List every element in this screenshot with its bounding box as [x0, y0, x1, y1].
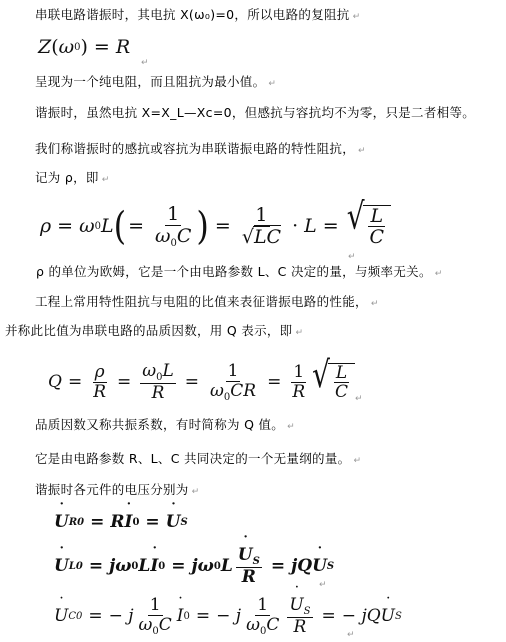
text-line-2: 呈现为一个纯电阻，而且阻抗为最小值。↵: [35, 74, 276, 92]
text-content: 我们称谐振时的感抗或容抗为串联谐振电路的特性阻抗，: [35, 141, 355, 156]
paragraph-mark-icon: ↵: [348, 252, 356, 262]
text-content: 工程上常用特性阻抗与电阻的比值来表征谐振电路的性能，: [35, 294, 368, 309]
text-line-11: 谐振时各元件的电压分别为↵: [35, 482, 199, 500]
text-line-10: 它是由电路参数 R、L、C 共同决定的一个无量纲的量。↵: [35, 451, 361, 469]
paragraph-mark-icon: ↵: [371, 299, 379, 309]
equation-quality-factor: Q= ρR = ω0LR = 1ω0CR = 1R √LC: [48, 362, 355, 403]
text-content: ρ 的单位为欧姆，它是一个由电路参数 L、C 决定的量，与频率无关。: [36, 264, 432, 279]
text-content: 呈现为一个纯电阻，而且阻抗为最小值。: [35, 74, 265, 89]
text-line-7: 工程上常用特性阻抗与电阻的比值来表征谐振电路的性能，↵: [35, 294, 379, 312]
paragraph-mark-icon: ↵: [353, 12, 361, 22]
text-line-1: 串联电路谐振时，其电抗 X(ω₀)=0，所以电路的复阻抗↵: [35, 7, 360, 25]
text-content: 谐振时各元件的电压分别为: [35, 482, 189, 497]
paragraph-mark-icon: ↵: [435, 269, 443, 279]
paragraph-mark-icon: ↵: [358, 146, 366, 156]
paragraph-mark-icon: ↵: [319, 580, 327, 590]
equation-impedance: Z(ω0)=R: [38, 36, 130, 58]
paragraph-mark-icon: ↵: [296, 328, 304, 338]
equation-inductor-voltage: UL0=jω0LI0=jω0L USR =jQUS: [54, 546, 334, 587]
paragraph-mark-icon: ↵: [268, 79, 276, 89]
equation-characteristic-impedance: ρ=ω0L(= 1ω0C) = 1√LC ·L= √LC: [40, 204, 391, 249]
paragraph-mark-icon: ↵: [287, 422, 295, 432]
text-content: 品质因数又称共振系数，有时简称为 Q 值。: [35, 417, 284, 432]
equation-resistor-voltage: UR0=RI0=US: [54, 512, 188, 532]
text-line-9: 品质因数又称共振系数，有时简称为 Q 值。↵: [35, 417, 295, 435]
paragraph-mark-icon: ↵: [353, 456, 361, 466]
paragraph-mark-icon: ↵: [102, 175, 110, 185]
text-line-3: 谐振时，虽然电抗 X=X_L—Xc=0，但感抗与容抗均不为零，只是二者相等。: [35, 105, 475, 121]
text-line-8: 并称此比值为串联电路的品质因数，用 Q 表示，即↵: [5, 323, 303, 341]
paragraph-mark-icon: ↵: [192, 487, 200, 497]
text-line-4: 我们称谐振时的感抗或容抗为串联谐振电路的特性阻抗，↵: [35, 141, 366, 159]
text-content: 它是由电路参数 R、L、C 共同决定的一个无量纲的量。: [35, 451, 350, 466]
paragraph-mark-icon: ↵: [141, 58, 149, 68]
text-content: 串联电路谐振时，其电抗 X(ω₀)=0，所以电路的复阻抗: [35, 7, 350, 22]
text-content: 并称此比值为串联电路的品质因数，用 Q 表示，即: [5, 323, 293, 338]
text-line-6: ρ 的单位为欧姆，它是一个由电路参数 L、C 决定的量，与频率无关。↵: [36, 264, 443, 282]
text-content: 谐振时，虽然电抗 X=X_L—Xc=0，但感抗与容抗均不为零，只是二者相等。: [35, 105, 475, 120]
paragraph-mark-icon: ↵: [347, 630, 355, 640]
paragraph-mark-icon: ↵: [355, 394, 363, 404]
text-line-5: 记为 ρ，即↵: [35, 170, 110, 188]
text-content: 记为 ρ，即: [35, 170, 99, 185]
